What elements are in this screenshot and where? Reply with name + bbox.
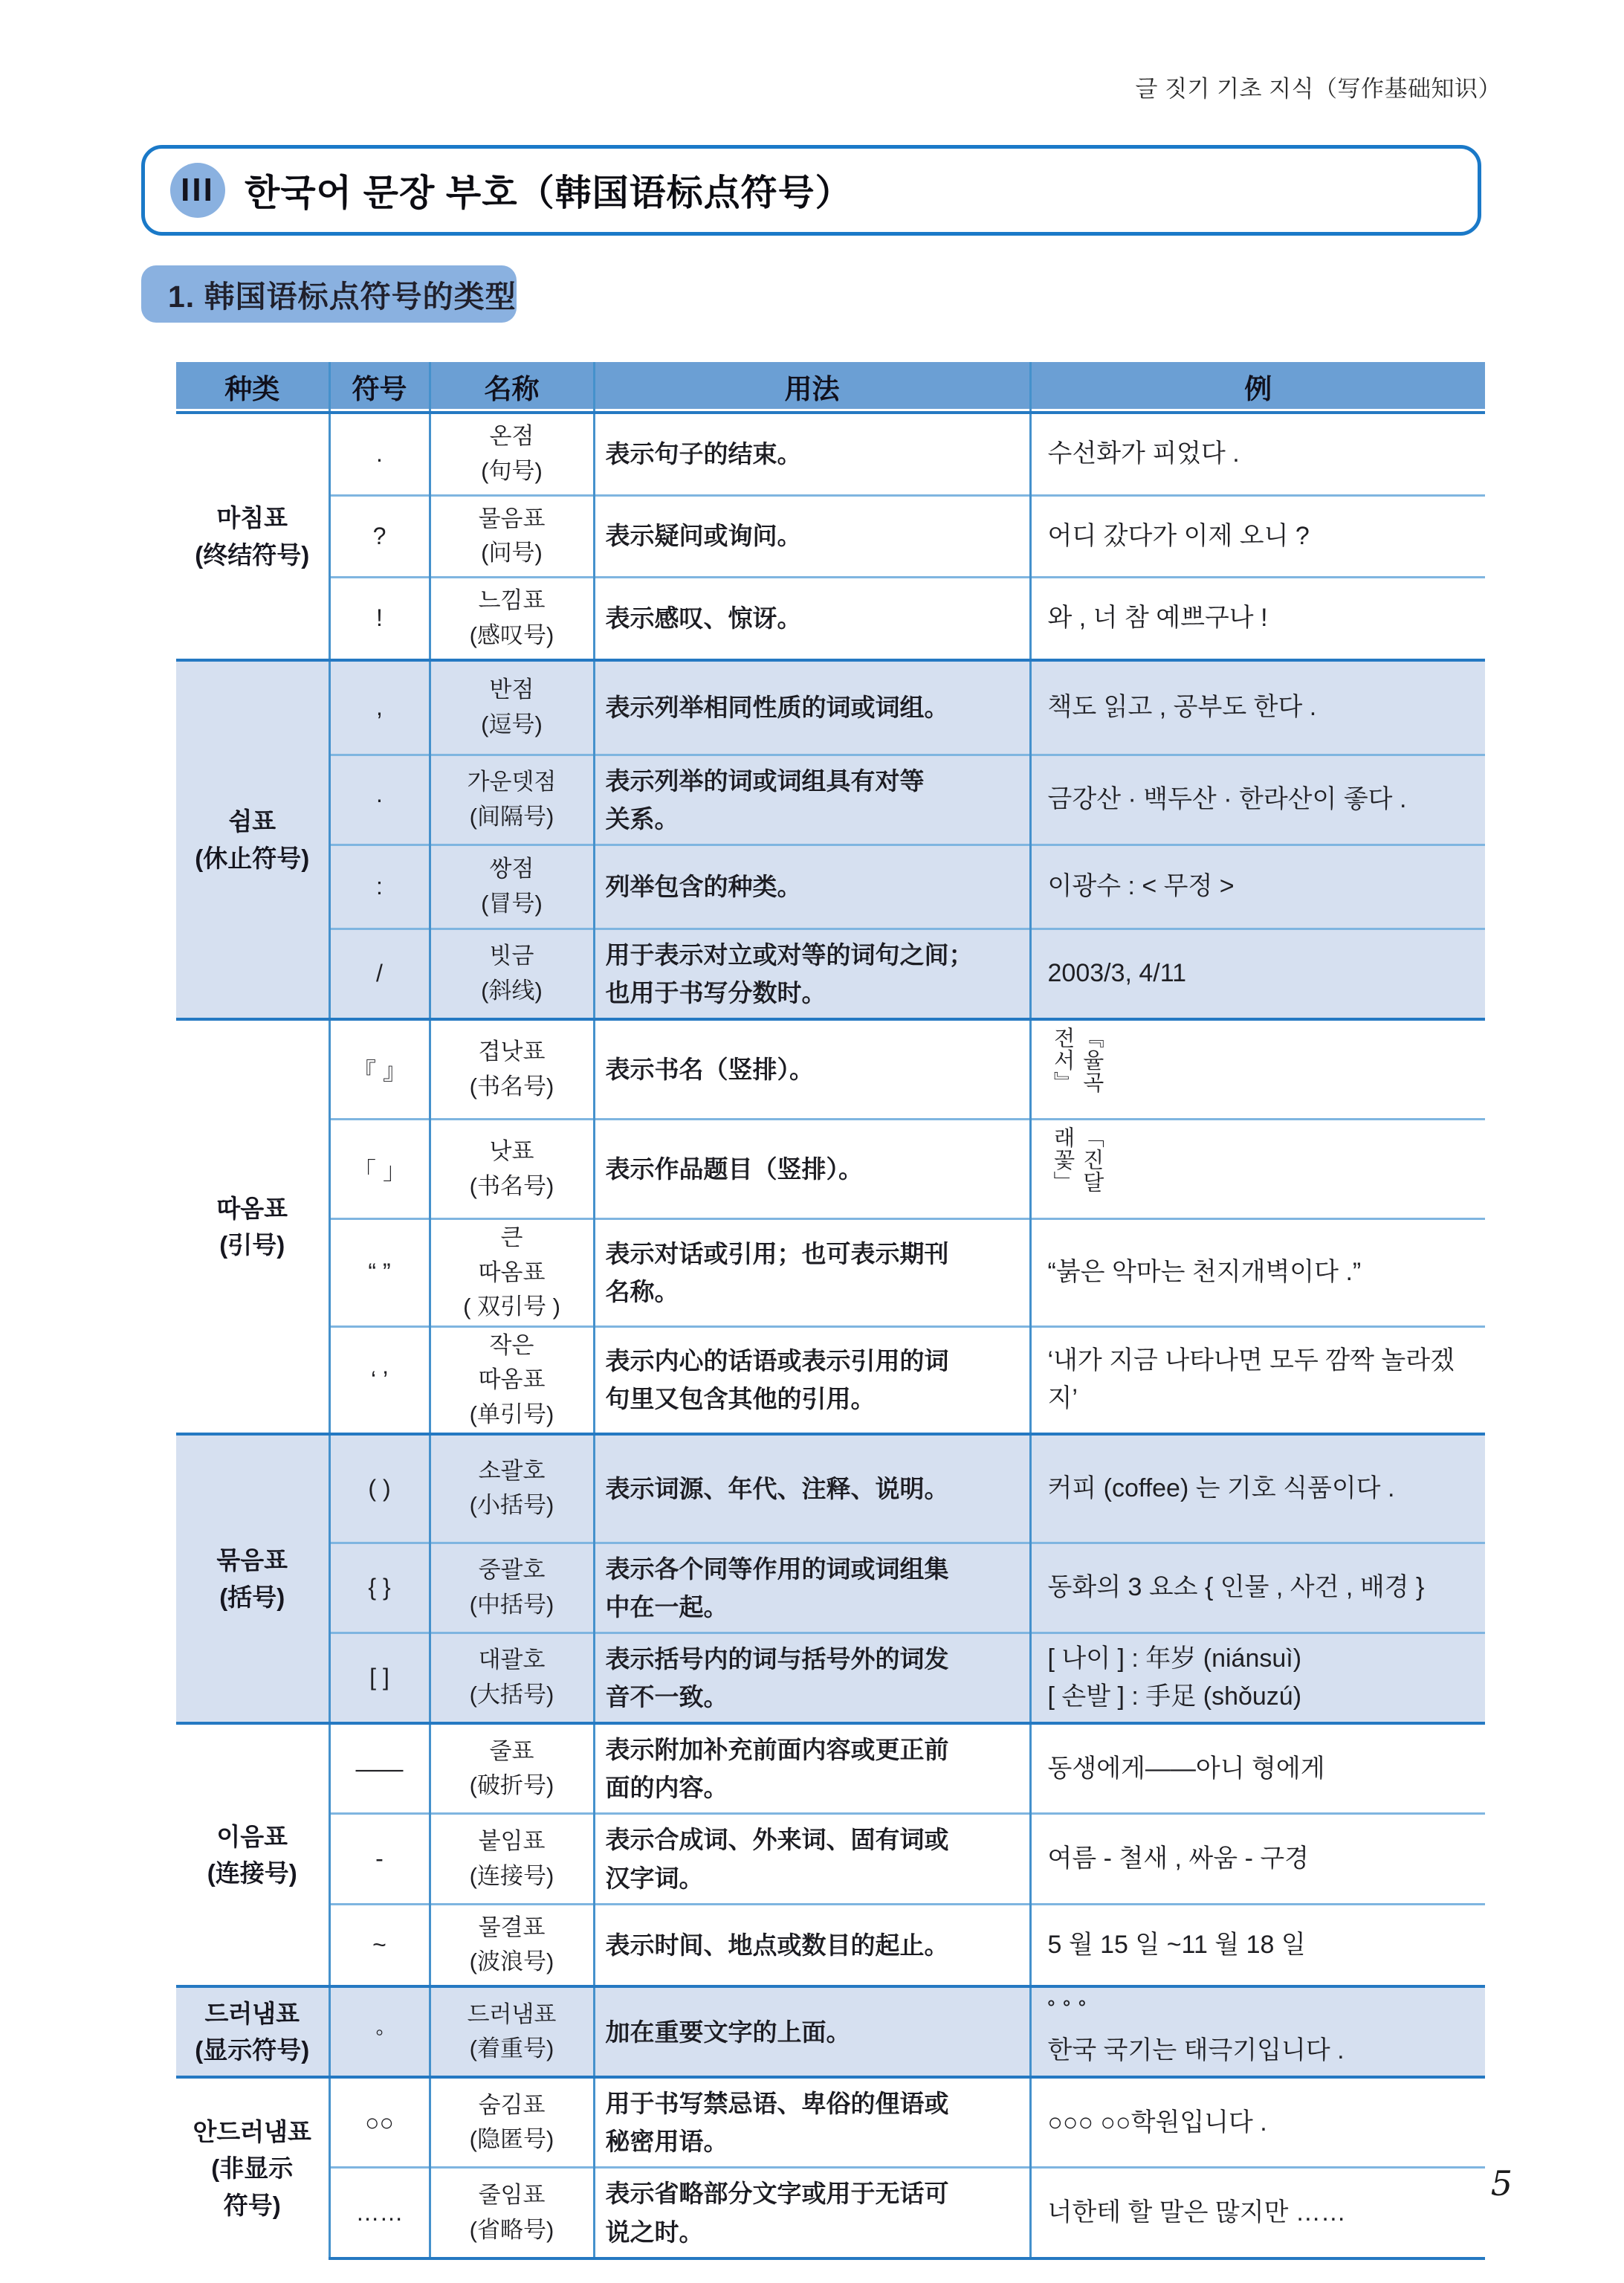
usage-cell: 表示列举的词或词组具有对等 关系。 [594, 755, 1030, 845]
name-cell: 온점 (句号) [430, 413, 594, 495]
table-header-row: 种类符号名称用法例 [176, 362, 1485, 413]
example-cell: ‘내가 지금 나타나면 모두 깜짝 놀라겠지’ [1030, 1326, 1485, 1434]
category-cell: 쉼표 (休止符号) [176, 660, 329, 1019]
chapter-title-box: III 한국어 문장 부호（韩国语标点符号） [141, 145, 1481, 236]
column-header: 用法 [594, 362, 1030, 413]
name-cell: 반점 (逗号) [430, 660, 594, 755]
usage-cell: 表示词源、年代、注释、说明。 [594, 1434, 1030, 1543]
name-cell: 대괄호 (大括号) [430, 1633, 594, 1723]
symbol-cell: · [329, 755, 430, 845]
example-cell: 이광수 : < 무정 > [1030, 845, 1485, 929]
table-row: [ ]대괄호 (大括号)表示括号内的词与括号外的词发 音不一致。[ 나이 ] :… [176, 1633, 1485, 1723]
table-row: 드러냄표 (显示符号)◦드러냄표 (着重号)加在重要文字的上面。˚ ˚ ˚ 한국… [176, 1986, 1485, 2077]
usage-cell: 表示内心的话语或表示引用的词 句里又包含其他的引用。 [594, 1326, 1030, 1434]
symbol-cell: 「 」 [329, 1120, 430, 1219]
table-row: 묶음표 (括号)( )소괄호 (小括号)表示词源、年代、注释、说明。커피 (co… [176, 1434, 1485, 1543]
symbol-cell: —— [329, 1723, 430, 1814]
table-row: ~물결표 (波浪号)表示时间、地点或数目的起止。5 월 15 일 ~11 월 1… [176, 1904, 1485, 1986]
usage-cell: 表示疑问或询问。 [594, 495, 1030, 577]
table-row: 안드러냄표 (非显示 符号)○○숨김표 (隐匿号)用于书写禁忌语、卑俗的俚语或 … [176, 2077, 1485, 2168]
category-cell: 따옴표 (引号) [176, 1019, 329, 1434]
usage-cell: 表示括号内的词与括号外的词发 音不一致。 [594, 1633, 1030, 1723]
example-cell: 책도 읽고 , 공부도 한다 . [1030, 660, 1485, 755]
section-heading: 1. 韩国语标点符号的类型 [141, 265, 517, 323]
usage-cell: 表示书名（竖排）。 [594, 1019, 1030, 1120]
symbol-cell: “ ” [329, 1219, 430, 1327]
running-head: 글 짓기 기초 지식（写作基础知识） [1136, 70, 1501, 103]
example-cell: 여름 - 철새 , 싸움 - 구경 [1030, 1814, 1485, 1904]
usage-cell: 表示合成词、外来词、固有词或 汉字词。 [594, 1814, 1030, 1904]
column-header: 例 [1030, 362, 1485, 413]
table-row: ?물음표 (问号)表示疑问或询问。어디 갔다가 이제 오니 ? [176, 495, 1485, 577]
name-cell: 물음표 (问号) [430, 495, 594, 577]
table-row: 쉼표 (休止符号),반점 (逗号)表示列举相同性质的词或词组。책도 읽고 , 공… [176, 660, 1485, 755]
category-cell: 안드러냄표 (非显示 符号) [176, 2077, 329, 2258]
example-cell: ˚ ˚ ˚ 한국 국기는 태극기입니다 . [1030, 1986, 1485, 2077]
punctuation-table: 种类符号名称用法例 마침표 (终结符号).온점 (句号)表示句子的结束。수선화가… [176, 362, 1485, 2260]
table-row: 이음표 (连接号)——줄표 (破折号)表示附加补充前面内容或更正前 面的内容。동… [176, 1723, 1485, 1814]
example-cell: 2003/3, 4/11 [1030, 929, 1485, 1019]
table-row: !느낌표 (感叹号)表示感叹、惊讶。와 , 너 참 예쁘구나 ! [176, 577, 1485, 660]
name-cell: 가운뎃점 (间隔号) [430, 755, 594, 845]
column-header: 符号 [329, 362, 430, 413]
example-cell: 동화의 3 요소 { 인물 , 사건 , 배경 } [1030, 1543, 1485, 1633]
usage-cell: 表示附加补充前面内容或更正前 面的内容。 [594, 1723, 1030, 1814]
symbol-cell: : [329, 845, 430, 929]
example-cell: 금강산 · 백두산 · 한라산이 좋다 . [1030, 755, 1485, 845]
table-row: /빗금 (斜线)用于表示对立或对等的词句之间； 也用于书写分数时。2003/3,… [176, 929, 1485, 1019]
vertical-example-text: 「진달래꽃」 [1048, 1126, 1106, 1201]
usage-cell: 表示省略部分文字或用于无话可 说之时。 [594, 2168, 1030, 2258]
category-cell: 드러냄표 (显示符号) [176, 1986, 329, 2077]
symbol-cell: ( ) [329, 1434, 430, 1543]
name-cell: 드러냄표 (着重号) [430, 1986, 594, 2077]
table-row: { }중괄호 (中括号)表示各个同等作用的词或词组集 中在一起。동화의 3 요소… [176, 1543, 1485, 1633]
table-row: ·가운뎃점 (间隔号)表示列举的词或词组具有对等 关系。금강산 · 백두산 · … [176, 755, 1485, 845]
symbol-cell: { } [329, 1543, 430, 1633]
example-cell: [ 나이 ] : 年岁 (niánsuì) [ 손발 ] : 手足 (shǒuz… [1030, 1633, 1485, 1723]
symbol-cell: - [329, 1814, 430, 1904]
chapter-numeral-badge: III [170, 163, 225, 218]
symbol-cell: / [329, 929, 430, 1019]
table-row: ‘ ’작은 따옴표 (单引号)表示内心的话语或表示引用的词 句里又包含其他的引用… [176, 1326, 1485, 1434]
name-cell: 줄표 (破折号) [430, 1723, 594, 1814]
example-cell: 와 , 너 참 예쁘구나 ! [1030, 577, 1485, 660]
chapter-title: 한국어 문장 부호（韩国语标点符号） [245, 164, 853, 216]
example-cell: ○○○ ○○학원입니다 . [1030, 2077, 1485, 2168]
usage-cell: 表示感叹、惊讶。 [594, 577, 1030, 660]
table-row: -붙임표 (连接号)表示合成词、外来词、固有词或 汉字词。여름 - 철새 , 싸… [176, 1814, 1485, 1904]
example-cell: 『율곡전서』 [1030, 1019, 1485, 1120]
name-cell: 붙임표 (连接号) [430, 1814, 594, 1904]
name-cell: 숨김표 (隐匿号) [430, 2077, 594, 2168]
table-row: ……줄임표 (省略号)表示省略部分文字或用于无话可 说之时。너한테 할 말은 많… [176, 2168, 1485, 2258]
example-cell: “붉은 악마는 천지개벽이다 .” [1030, 1219, 1485, 1327]
name-cell: 겹낫표 (书名号) [430, 1019, 594, 1120]
column-header: 名称 [430, 362, 594, 413]
example-cell: 어디 갔다가 이제 오니 ? [1030, 495, 1485, 577]
symbol-cell: ~ [329, 1904, 430, 1986]
example-cell: 동생에게——아니 형에게 [1030, 1723, 1485, 1814]
table-row: 따옴표 (引号)『 』겹낫표 (书名号)表示书名（竖排）。『율곡전서』 [176, 1019, 1485, 1120]
symbol-cell: …… [329, 2168, 430, 2258]
example-cell: 「진달래꽃」 [1030, 1120, 1485, 1219]
symbol-cell: , [329, 660, 430, 755]
example-cell: 커피 (coffee) 는 기호 식품이다 . [1030, 1434, 1485, 1543]
example-cell: 수선화가 피었다 . [1030, 413, 1485, 495]
name-cell: 작은 따옴표 (单引号) [430, 1326, 594, 1434]
name-cell: 소괄호 (小括号) [430, 1434, 594, 1543]
table-row: :쌍점 (冒号)列举包含的种类。이광수 : < 무정 > [176, 845, 1485, 929]
name-cell: 줄임표 (省略号) [430, 2168, 594, 2258]
column-header: 种类 [176, 362, 329, 413]
category-cell: 이음표 (连接号) [176, 1723, 329, 1986]
usage-cell: 用于表示对立或对等的词句之间； 也用于书写分数时。 [594, 929, 1030, 1019]
page-number: 5 [1491, 2163, 1513, 2203]
name-cell: 큰 따옴표 ( 双引号 ) [430, 1219, 594, 1327]
name-cell: 쌍점 (冒号) [430, 845, 594, 929]
category-cell: 묶음표 (括号) [176, 1434, 329, 1723]
table-row: 마침표 (终结符号).온점 (句号)表示句子的结束。수선화가 피었다 . [176, 413, 1485, 495]
vertical-example-text: 『율곡전서』 [1048, 1027, 1106, 1101]
symbol-cell: 『 』 [329, 1019, 430, 1120]
usage-cell: 列举包含的种类。 [594, 845, 1030, 929]
name-cell: 중괄호 (中括号) [430, 1543, 594, 1633]
symbol-cell: ‘ ’ [329, 1326, 430, 1434]
name-cell: 물결표 (波浪号) [430, 1904, 594, 1986]
name-cell: 낫표 (书名号) [430, 1120, 594, 1219]
table-row: 「 」낫표 (书名号)表示作品题目（竖排）。「진달래꽃」 [176, 1120, 1485, 1219]
usage-cell: 表示列举相同性质的词或词组。 [594, 660, 1030, 755]
example-cell: 너한테 할 말은 많지만 …… [1030, 2168, 1485, 2258]
symbol-cell: ○○ [329, 2077, 430, 2168]
name-cell: 빗금 (斜线) [430, 929, 594, 1019]
usage-cell: 表示对话或引用；也可表示期刊 名称。 [594, 1219, 1030, 1327]
usage-cell: 表示作品题目（竖排）。 [594, 1120, 1030, 1219]
symbol-cell: ? [329, 495, 430, 577]
usage-cell: 用于书写禁忌语、卑俗的俚语或 秘密用语。 [594, 2077, 1030, 2168]
usage-cell: 表示时间、地点或数目的起止。 [594, 1904, 1030, 1986]
symbol-cell: [ ] [329, 1633, 430, 1723]
symbol-cell: ◦ [329, 1986, 430, 2077]
usage-cell: 加在重要文字的上面。 [594, 1986, 1030, 2077]
name-cell: 느낌표 (感叹号) [430, 577, 594, 660]
usage-cell: 表示各个同等作用的词或词组集 中在一起。 [594, 1543, 1030, 1633]
symbol-cell: ! [329, 577, 430, 660]
punctuation-table-body: 마침표 (终结符号).온점 (句号)表示句子的结束。수선화가 피었다 .?물음표… [176, 413, 1485, 2258]
example-cell: 5 월 15 일 ~11 월 18 일 [1030, 1904, 1485, 1986]
usage-cell: 表示句子的结束。 [594, 413, 1030, 495]
category-cell: 마침표 (终结符号) [176, 413, 329, 660]
page: 글 짓기 기초 지식（写作基础知识） III 한국어 문장 부호（韩国语标点符号… [0, 0, 1624, 2283]
symbol-cell: . [329, 413, 430, 495]
table-row: “ ”큰 따옴표 ( 双引号 )表示对话或引用；也可表示期刊 名称。“붉은 악마… [176, 1219, 1485, 1327]
